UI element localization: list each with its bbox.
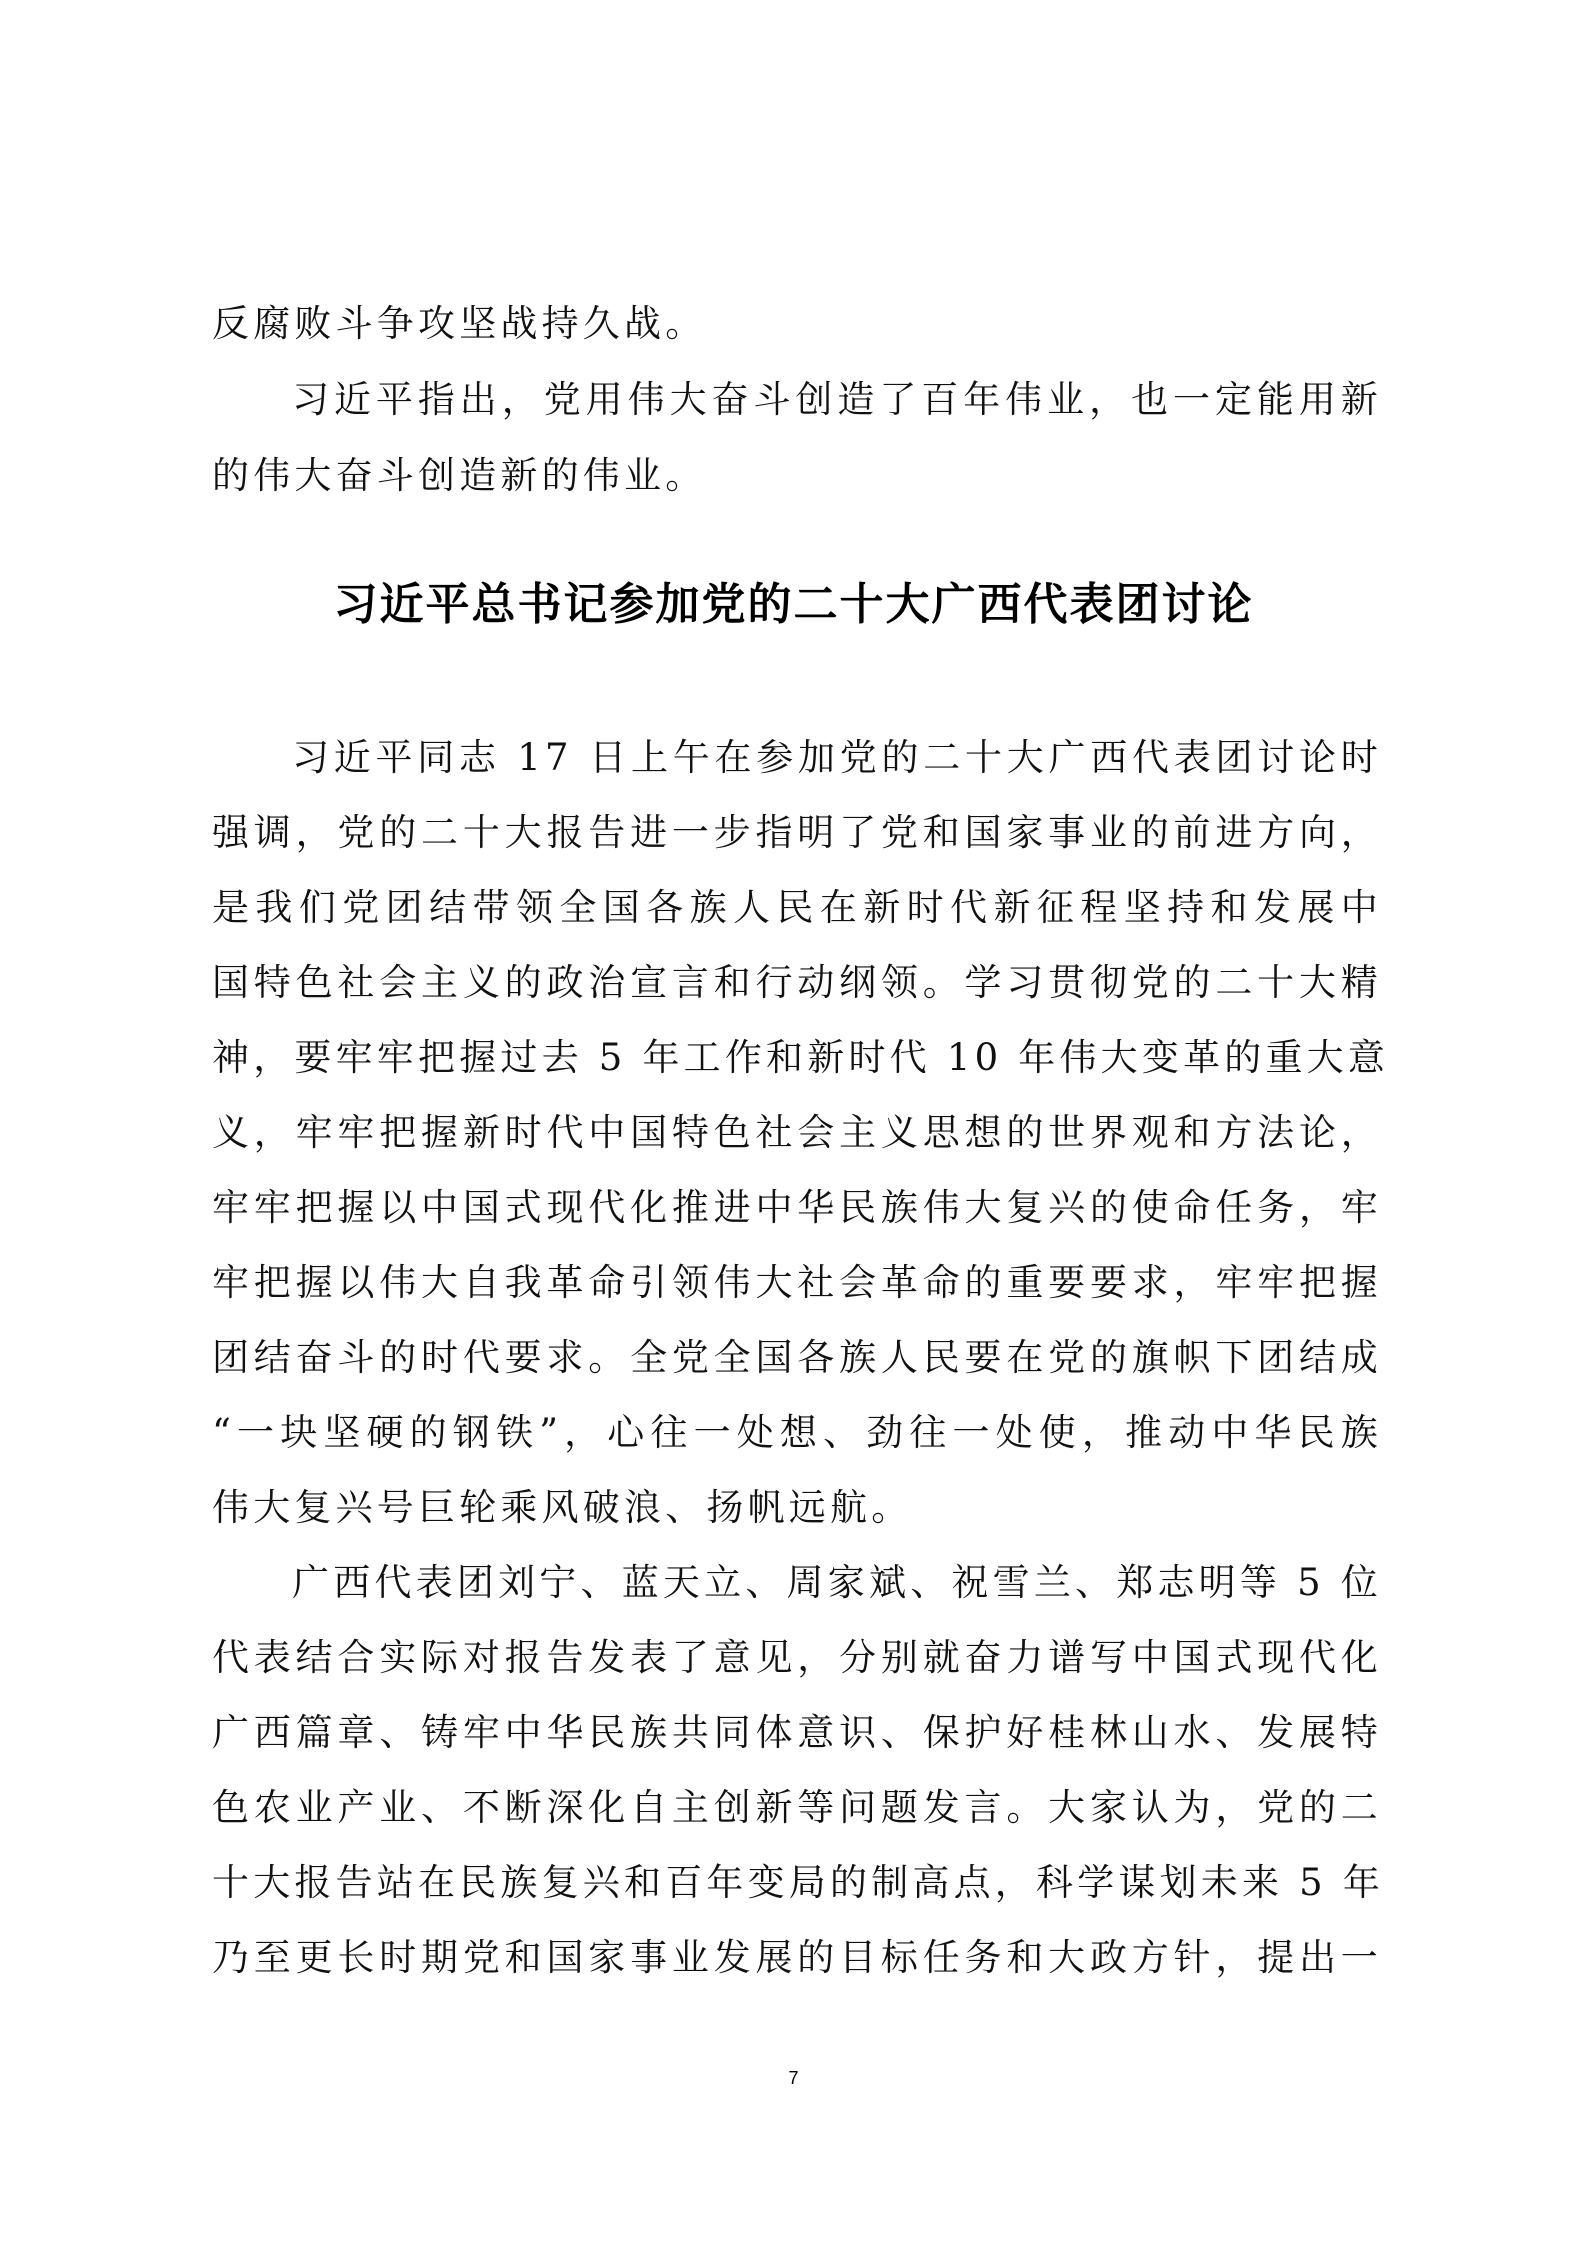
paragraph-line: 的伟大奋斗创造新的伟业。 [212, 446, 1382, 506]
paragraph-line: 色农业产业、不断深化自主创新等问题发言。大家认为，党的二 [212, 1778, 1382, 1838]
paragraph-line: 牢把握以伟大自我革命引领伟大社会革命的重要要求，牢牢把握 [212, 1253, 1382, 1313]
paragraph-line: 反腐败斗争攻坚战持久战。 [212, 294, 1382, 354]
paragraph-line: 牢牢把握以中国式现代化推进中华民族伟大复兴的使命任务，牢 [212, 1178, 1382, 1238]
paragraph-line: 是我们党团结带领全国各族人民在新时代新征程坚持和发展中 [212, 878, 1382, 938]
paragraph-line: 广西篇章、铸牢中华民族共同体意识、保护好桂林山水、发展特 [212, 1703, 1382, 1763]
paragraph-line: 广西代表团刘宁、蓝天立、周家斌、祝雪兰、郑志明等 5 位 [292, 1553, 1382, 1613]
page-number: 7 [0, 2068, 1587, 2089]
paragraph-line: 乃至更长时期党和国家事业发展的目标任务和大政方针，提出一 [212, 1928, 1382, 1988]
section-heading: 习近平总书记参加党的二十大广西代表团讨论 [0, 570, 1587, 640]
paragraph-line: 团结奋斗的时代要求。全党全国各族人民要在党的旗帜下团结成 [212, 1328, 1382, 1388]
paragraph-line: 义，牢牢把握新时代中国特色社会主义思想的世界观和方法论， [212, 1103, 1382, 1163]
paragraph-line: 神，要牢牢把握过去 5 年工作和新时代 10 年伟大变革的重大意 [212, 1028, 1382, 1088]
paragraph-line: 伟大复兴号巨轮乘风破浪、扬帆远航。 [212, 1478, 1382, 1538]
paragraph-line: 强调，党的二十大报告进一步指明了党和国家事业的前进方向， [212, 803, 1382, 863]
paragraph-line: 习近平同志 17 日上午在参加党的二十大广西代表团讨论时 [292, 728, 1382, 788]
document-page: 反腐败斗争攻坚战持久战。 习近平指出，党用伟大奋斗创造了百年伟业，也一定能用新 … [0, 0, 1587, 2245]
paragraph-line: 代表结合实际对报告发表了意见，分别就奋力谱写中国式现代化 [212, 1628, 1382, 1688]
paragraph-line: 习近平指出，党用伟大奋斗创造了百年伟业，也一定能用新 [292, 370, 1382, 430]
paragraph-line: 十大报告站在民族复兴和百年变局的制高点，科学谋划未来 5 年 [212, 1853, 1382, 1913]
paragraph-line: “一块坚硬的钢铁”，心往一处想、劲往一处使，推动中华民族 [212, 1403, 1382, 1463]
paragraph-line: 国特色社会主义的政治宣言和行动纲领。学习贯彻党的二十大精 [212, 953, 1382, 1013]
